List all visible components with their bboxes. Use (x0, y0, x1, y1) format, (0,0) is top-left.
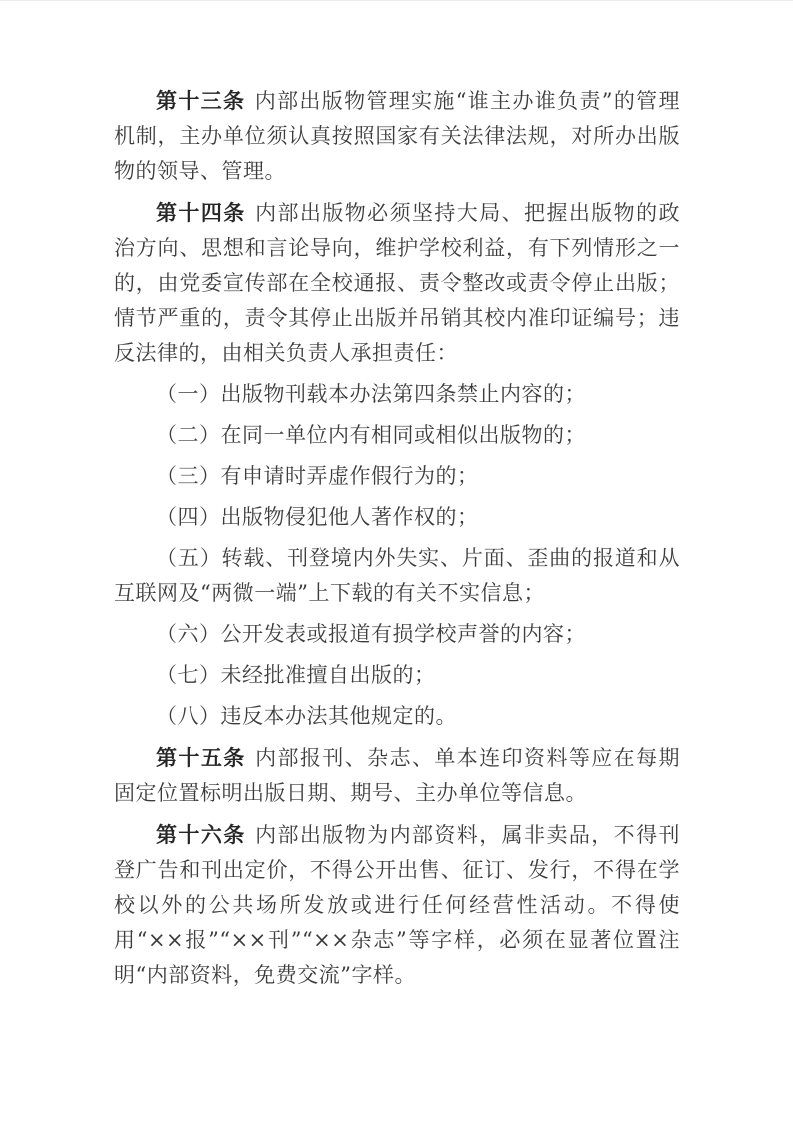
article-number: 第十六条 (156, 822, 246, 847)
paragraph-text: （六）公开发表或报道有损学校声誉的内容； (156, 622, 586, 646)
paragraph-text: （一）出版物刊载本办法第四条禁止内容的； (156, 382, 586, 406)
article-paragraph: 第十三条内部出版物管理实施“谁主办谁负责”的管理机制，主办单位须认真按照国家有关… (114, 83, 680, 189)
article-paragraph: 第十五条内部报刊、杂志、单本连印资料等应在每期固定位置标明出版日期、期号、主办单… (114, 740, 680, 811)
article-number: 第十三条 (156, 88, 245, 113)
paragraph-text: 内部出版物为内部资料，属非卖品，不得刊登广告和刊出定价，不得公开出售、征订、发行… (114, 823, 680, 987)
clause-item: （七）未经批准擅自出版的； (114, 658, 680, 693)
clause-item: （六）公开发表或报道有损学校声誉的内容； (114, 617, 680, 652)
clause-item: （五）转载、刊登境内外失实、片面、歪曲的报道和从互联网及“两微一端”上下载的有关… (114, 541, 680, 611)
clause-item: （二）在同一单位内有相同或相似出版物的； (114, 418, 680, 453)
article-number: 第十五条 (156, 745, 246, 770)
paragraph-text: （五）转载、刊登境内外失实、片面、歪曲的报道和从互联网及“两微一端”上下载的有关… (114, 546, 680, 605)
paragraph-text: （二）在同一单位内有相同或相似出版物的； (156, 423, 586, 447)
article-paragraph: 第十六条内部出版物为内部资料，属非卖品，不得刊登广告和刊出定价，不得公开出售、征… (114, 817, 680, 993)
paragraph-text: （八）违反本办法其他规定的。 (156, 704, 457, 728)
clause-item: （一）出版物刊载本办法第四条禁止内容的； (114, 377, 680, 412)
document-body: 第十三条内部出版物管理实施“谁主办谁负责”的管理机制，主办单位须认真按照国家有关… (114, 83, 680, 999)
paragraph-text: 内部出版物必须坚持大局、把握出版物的政治方向、思想和言论导向，维护学校利益，有下… (114, 201, 680, 365)
paragraph-text: （四）出版物侵犯他人著作权的； (156, 505, 479, 529)
article-paragraph: 第十四条内部出版物必须坚持大局、把握出版物的政治方向、思想和言论导向，维护学校利… (114, 195, 680, 371)
article-number: 第十四条 (156, 200, 246, 225)
clause-item: （八）违反本办法其他规定的。 (114, 699, 680, 734)
clause-item: （四）出版物侵犯他人著作权的； (114, 500, 680, 535)
document-page: 第十三条内部出版物管理实施“谁主办谁负责”的管理机制，主办单位须认真按照国家有关… (0, 0, 793, 1122)
paragraph-text: （七）未经批准擅自出版的； (156, 663, 436, 687)
paragraph-text: （三）有申请时弄虚作假行为的； (156, 464, 479, 488)
clause-item: （三）有申请时弄虚作假行为的； (114, 459, 680, 494)
